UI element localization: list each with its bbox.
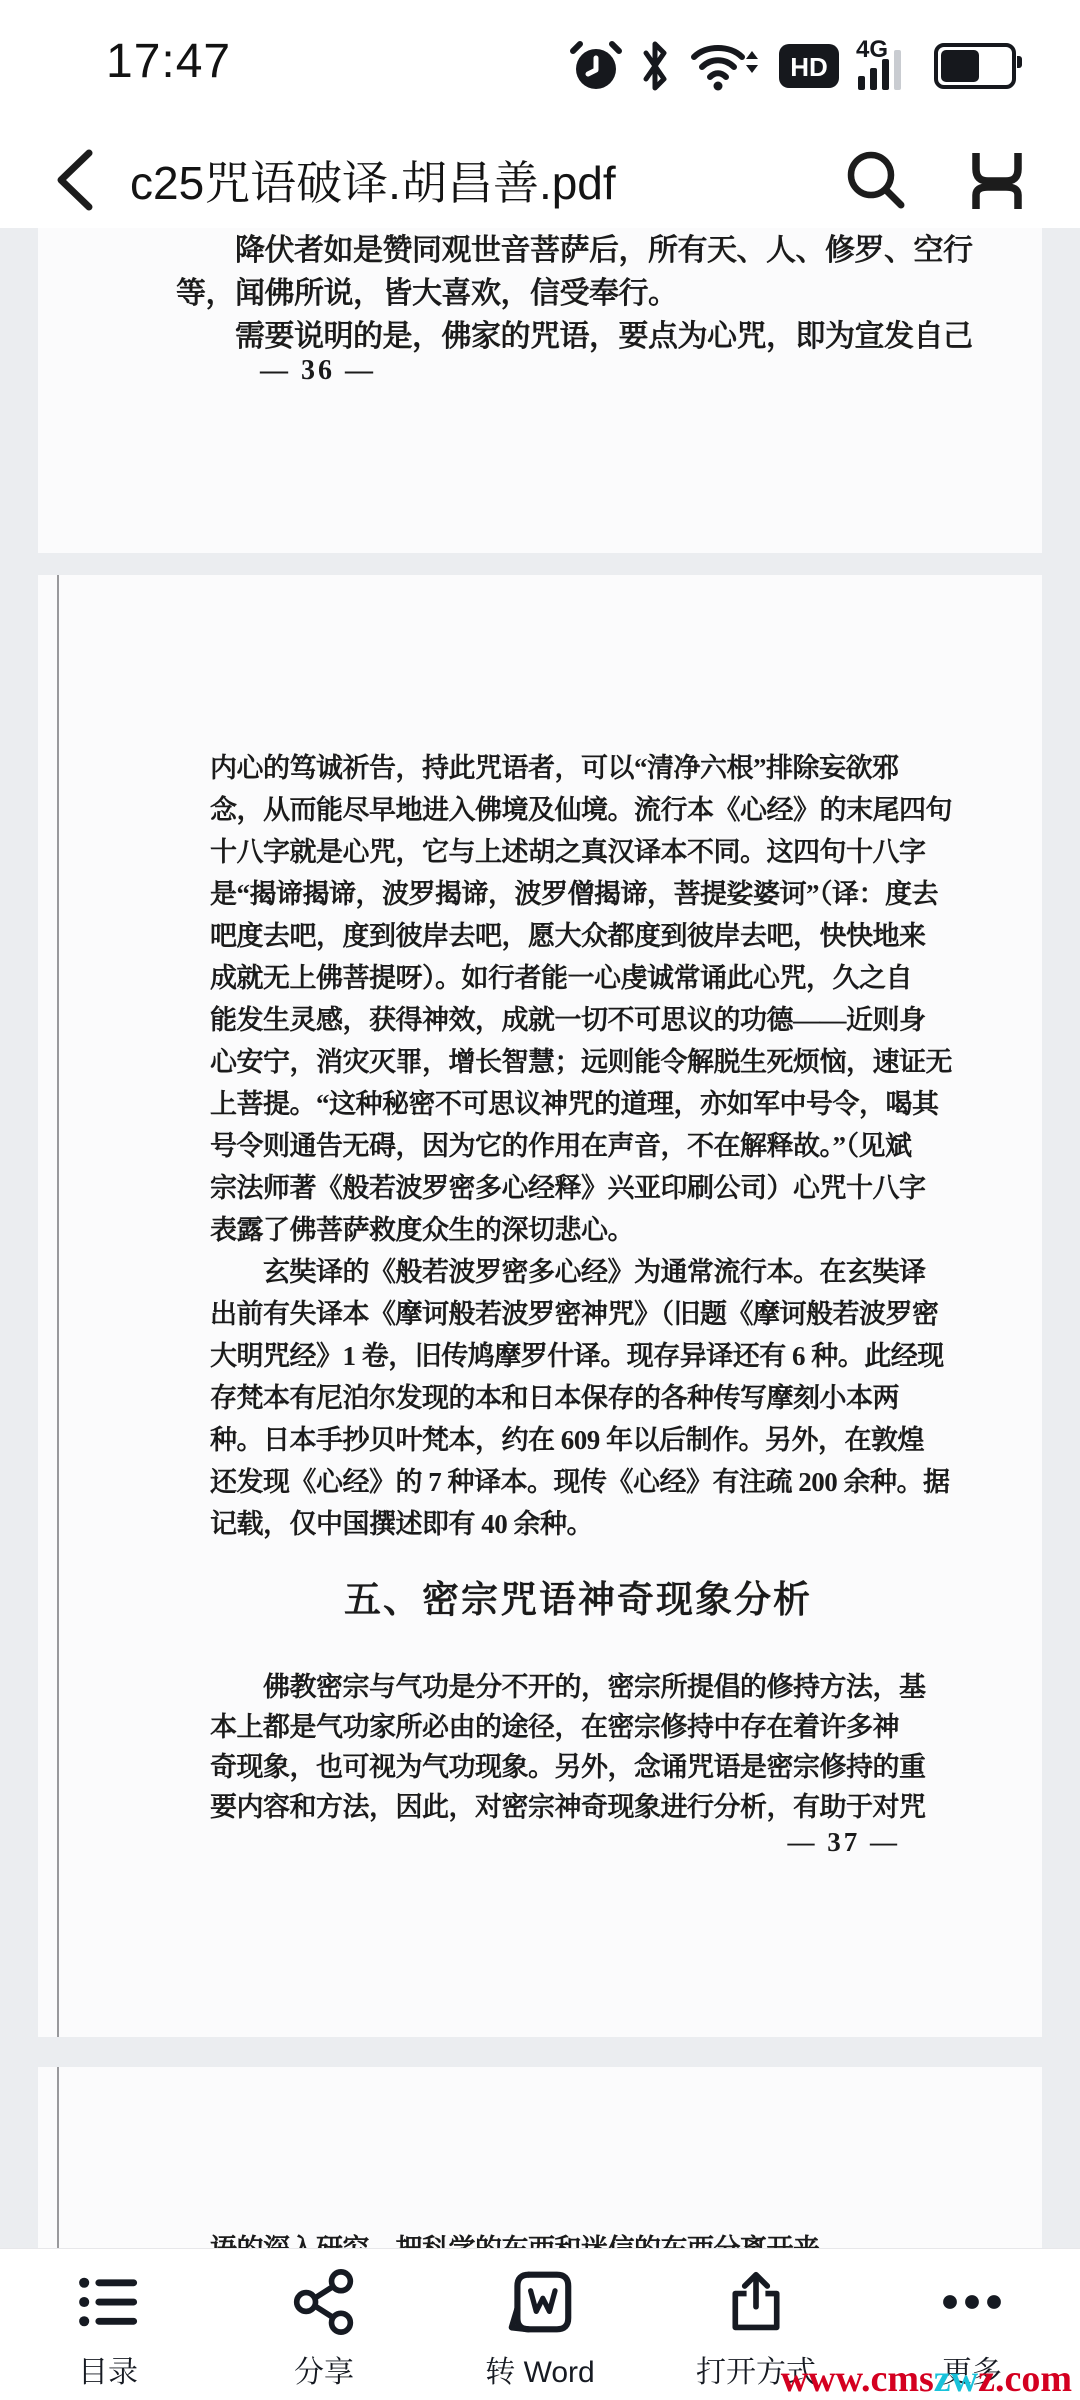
bookshelf-icon: [960, 147, 1034, 213]
text-line: 宗法师著《般若波罗密多心经释》兴亚印刷公司）心咒十八字: [210, 1167, 970, 1209]
status-icons: HD 4G: [570, 0, 1016, 132]
share-icon: [289, 2267, 359, 2337]
text-line: 大明咒经》1 卷，旧传鸠摩罗什译。现存异译还有 6 种。此经现: [210, 1335, 970, 1377]
text-line: 奇现象，也可视为气功现象。另外，念诵咒语是密宗修持的重: [210, 1747, 970, 1787]
pdf-scroll-area[interactable]: 降伏者如是赞同观世音菩萨后，所有天、人、修罗、空行等，闻佛所说，皆大喜欢，信受奉…: [0, 228, 1080, 2248]
pdf-reader-screen: 17:47: [0, 0, 1080, 2400]
text-line: 本上都是气功家所必由的途径，在密宗修持中存在着许多神: [210, 1707, 970, 1747]
scan-edge-line: [57, 575, 59, 2037]
text-line: 等，闻佛所说，皆大喜欢，信受奉行。: [176, 272, 1022, 315]
text-line: 降伏者如是赞同观世音菩萨后，所有天、人、修罗、空行: [176, 229, 1022, 272]
page37-paragraph-2: 玄奘译的《般若波罗密多心经》为通常流行本。在玄奘译出前有失译本《摩诃般若波罗密神…: [210, 1251, 970, 1545]
text-line: 吧度去吧，度到彼岸去吧，愿大众都度到彼岸去吧，快快地来: [210, 915, 970, 957]
scan-edge-line: [57, 2067, 59, 2248]
alarm-icon: [570, 40, 622, 92]
toolbar-item-contents[interactable]: 目录: [0, 2249, 216, 2400]
pdf-page-36: 降伏者如是赞同观世音菩萨后，所有天、人、修罗、空行等，闻佛所说，皆大喜欢，信受奉…: [38, 228, 1042, 553]
text-line: 种。日本手抄贝叶梵本，约在 609 年以后制作。另外，在敦煌: [210, 1419, 970, 1461]
hd-icon: HD: [778, 43, 840, 89]
bookshelf-button[interactable]: [958, 144, 1036, 216]
to-word-icon: [505, 2267, 575, 2337]
page38-partial-line: 语的深入研究，把科学的东西和迷信的东西分离开来: [210, 2228, 820, 2248]
toolbar-item-to-word[interactable]: 转 Word: [432, 2249, 648, 2400]
search-button[interactable]: [840, 144, 912, 216]
bluetooth-icon: [638, 39, 672, 93]
text-line: 出前有失译本《摩诃般若波罗密神咒》（旧题《摩诃般若波罗密: [210, 1293, 970, 1335]
page36-text: 降伏者如是赞同观世音菩萨后，所有天、人、修罗、空行等，闻佛所说，皆大喜欢，信受奉…: [176, 229, 1022, 358]
site-watermark: www.cmszwz.com: [781, 2357, 1072, 2400]
text-line: 存梵本有尼泊尔发现的本和日本保存的各种传写摩刻小本两: [210, 1377, 970, 1419]
bottom-toolbar: 目录 分享 转 Word: [0, 2248, 1080, 2400]
page36-number: — 36 —: [260, 355, 376, 387]
text-line: 需要说明的是，佛家的咒语，要点为心咒，即为宣发自己: [176, 315, 1022, 358]
text-line: 成就无上佛菩提呀）。如行者能一心虔诚常诵此心咒，久之自: [210, 957, 970, 999]
more-dots-icon: [937, 2267, 1007, 2337]
watermark-part: zw: [934, 2358, 978, 2400]
text-line: 上菩提。“这种秘密不可思议神咒的道理，亦如军中号令，喝其: [210, 1083, 970, 1125]
page37-paragraphs: 内心的笃诚祈告，持此咒语者，可以“清净六根”排除妄欲邪念，从而能尽早地进入佛境及…: [210, 747, 970, 1545]
toolbar-label: 目录: [78, 2347, 138, 2391]
text-line: 心安宁，消灾灭罪，增长智慧；远则能令解脱生死烦恼，速证无: [210, 1041, 970, 1083]
text-line: 表露了佛菩萨救度众生的深切悲心。: [210, 1209, 970, 1251]
text-line: 佛教密宗与气功是分不开的，密宗所提倡的修持方法，基: [210, 1667, 970, 1707]
svg-text:HD: HD: [790, 52, 828, 82]
search-icon: [843, 147, 909, 213]
contents-list-icon: [73, 2267, 143, 2337]
pdf-page-38: 语的深入研究，把科学的东西和迷信的东西分离开来: [38, 2067, 1042, 2248]
text-line: 念，从而能尽早地进入佛境及仙境。流行本《心经》的末尾四句: [210, 789, 970, 831]
text-line: 是“揭谛揭谛，波罗揭谛，波罗僧揭谛，菩提娑婆诃”（译：度去: [210, 873, 970, 915]
clock-time: 17:47: [106, 34, 231, 89]
text-line: 还发现《心经》的 7 种译本。现传《心经》有注疏 200 余种。据: [210, 1461, 970, 1503]
section-heading: 五、密宗咒语神奇现象分析: [188, 1569, 968, 1623]
toolbar-label: 转 Word: [485, 2347, 594, 2391]
open-with-icon: [721, 2267, 791, 2337]
text-line: 内心的笃诚祈告，持此咒语者，可以“清净六根”排除妄欲邪: [210, 747, 970, 789]
watermark-part: z.com: [978, 2358, 1072, 2400]
text-line: 玄奘译的《般若波罗密多心经》为通常流行本。在玄奘译: [210, 1251, 970, 1293]
text-line: 十八字就是心咒，它与上述胡之真汉译本不同。这四句十八字: [210, 831, 970, 873]
status-bar: 17:47: [0, 0, 1080, 132]
app-header: c25咒语破译.胡昌善.pdf: [0, 132, 1080, 228]
toolbar-item-share[interactable]: 分享: [216, 2249, 432, 2400]
text-line: 要内容和方法，因此，对密宗神奇现象进行分析，有助于对咒: [210, 1787, 970, 1827]
wifi-icon: [688, 39, 762, 93]
page37-number: — 37 —: [788, 1827, 901, 1858]
text-line: 能发生灵感，获得神效，成就一切不可思议的功德——近则身: [210, 999, 970, 1041]
text-line: 记载，仅中国撰述即有 40 余种。: [210, 1503, 970, 1545]
signal-4g-icon: 4G: [856, 38, 918, 94]
page37-paragraph-1: 内心的笃诚祈告，持此咒语者，可以“清净六根”排除妄欲邪念，从而能尽早地进入佛境及…: [210, 747, 970, 1251]
watermark-part: www.cms: [781, 2358, 934, 2400]
document-title: c25咒语破译.胡昌善.pdf: [130, 132, 616, 228]
back-button[interactable]: [42, 146, 106, 214]
pdf-page-37: 内心的笃诚祈告，持此咒语者，可以“清净六根”排除妄欲邪念，从而能尽早地进入佛境及…: [38, 575, 1042, 2037]
toolbar-label: 分享: [294, 2347, 354, 2391]
text-line: 号令则通告无碍，因为它的作用在声音，不在解释故。”（见斌: [210, 1125, 970, 1167]
battery-icon: [934, 43, 1016, 89]
page37-paragraph-3: 佛教密宗与气功是分不开的，密宗所提倡的修持方法，基本上都是气功家所必由的途径，在…: [210, 1667, 970, 1827]
